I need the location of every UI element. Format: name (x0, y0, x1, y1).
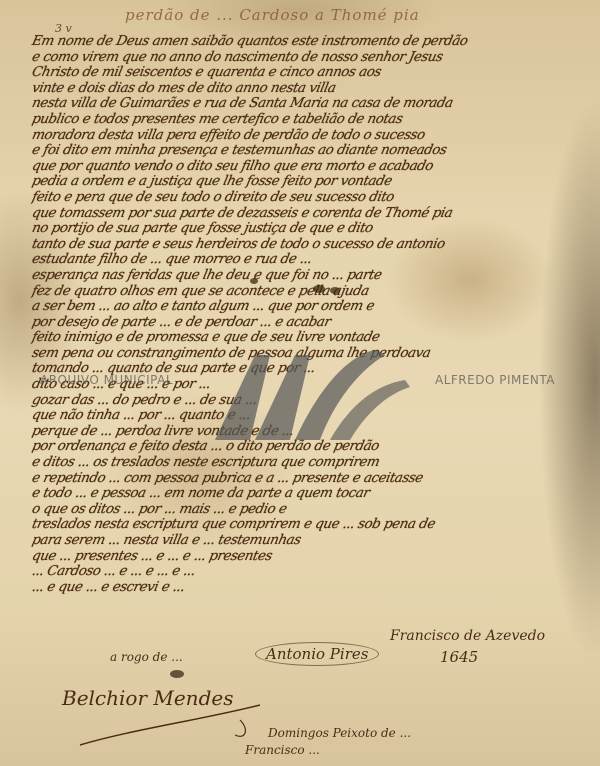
document-heading: perdão de ... Cardoso a Thomé pia (125, 6, 420, 24)
text-line: o que os ditos ... por ... mais ... e pe… (30, 502, 581, 518)
signature-1: Antonio Pires (255, 642, 379, 666)
text-line: por desejo de parte ... e de perdoar ...… (30, 315, 581, 331)
signature-2: Francisco de Azevedo (390, 628, 545, 644)
signature-5: Francisco ... (245, 743, 320, 757)
text-line: esperança nas feridas que lhe deu e que … (30, 268, 581, 284)
text-line: no portijo de sua parte que fosse justiç… (30, 221, 581, 237)
text-line: para serem ... nesta villa e ... testemu… (30, 533, 581, 549)
text-line: e foi dito em minha presença e testemunh… (30, 143, 581, 159)
text-line: ... e que ... e escrevi e ... (30, 580, 581, 596)
text-line: treslados nesta escriptura que comprirem… (30, 517, 581, 533)
text-line: Christo de mil seiscentos e quarenta e c… (30, 65, 581, 81)
text-line: que ... presentes ... e ... e ... presen… (30, 549, 581, 565)
text-line: perque de ... perdoa livre vontade e de … (30, 424, 581, 440)
text-line: a ser bem ... ao alto e tanto algum ... … (30, 299, 581, 315)
text-line: tomando ... quanto de sua parte e que po… (30, 361, 581, 377)
text-line: e repetindo ... com pessoa pubrica e a .… (30, 471, 581, 487)
signature-witness-label: a rogo de ... (110, 650, 183, 664)
text-line: dito caso ... e que ... e por ... (30, 377, 581, 393)
text-line: moradora desta villa pera effeito de per… (30, 128, 581, 144)
text-line: e como virem que no anno do nascimento d… (30, 50, 581, 66)
text-line: gozar das ... do pedro e ... de sua ... (30, 393, 581, 409)
text-line: vinte e dois dias do mes de dito anno ne… (30, 81, 581, 97)
text-line: fez de quatro olhos em que se acontece e… (30, 284, 581, 300)
text-line: e ditos ... os treslados neste escriptur… (30, 455, 581, 471)
text-line: tanto de sua parte e seus herdeiros de t… (30, 237, 581, 253)
text-line: pedia a ordem e a justiça que lhe fosse … (30, 174, 581, 190)
signature-4: Domingos Peixoto de ... (268, 726, 411, 740)
text-line: feito inimigo e de promessa e que de seu… (30, 330, 581, 346)
ink-stain (330, 287, 340, 294)
date-mark: 1645 (440, 648, 478, 666)
text-line: e todo ... e pessoa ... em nome da parte… (30, 486, 581, 502)
ink-stain (313, 285, 325, 293)
manuscript-page: perdão de ... Cardoso a Thomé pia 3 v Em… (0, 0, 600, 766)
text-line: nesta villa de Guimarães e rua de Santa … (30, 96, 581, 112)
text-line: publico e todos presentes me certefico e… (30, 112, 581, 128)
text-line: estudante filho de ... que morreo e rua … (30, 252, 581, 268)
ink-stain (170, 670, 184, 678)
text-line: feito e pera que de seu todo o direito d… (30, 190, 581, 206)
text-line: que não tinha ... por ... quanto e ... (30, 408, 581, 424)
text-line: Em nome de Deus amen saibão quantos este… (30, 34, 581, 50)
text-line: que por quanto vendo o dito seu filho qu… (30, 159, 581, 175)
text-line: sem pena ou constrangimento de pessoa al… (30, 346, 581, 362)
text-line: por ordenança e feito desta ... o dito p… (30, 439, 581, 455)
signature-flourish-icon (70, 700, 270, 750)
ink-stain (250, 278, 258, 284)
text-line: ... Cardoso ... e ... e ... e ... (30, 564, 581, 580)
text-line: que tomassem por sua parte de dezasseis … (30, 206, 581, 222)
manuscript-body: Em nome de Deus amen saibão quantos este… (32, 34, 580, 595)
